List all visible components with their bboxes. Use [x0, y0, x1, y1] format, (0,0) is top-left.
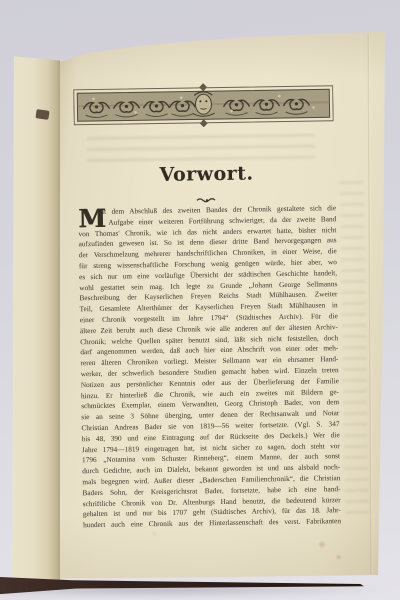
foxing-spot: [257, 497, 264, 503]
preface-text-block: M it dem Abschluß des zweiten Bandes der…: [78, 203, 341, 531]
page-content: Vorwort. M it dem Abschluß des zweiten B…: [53, 27, 394, 582]
show-through-text-smudge: [340, 178, 369, 518]
foxing-spot: [151, 531, 157, 536]
foxing-spot: [336, 554, 342, 560]
book-cover-corner: [35, 109, 49, 120]
ornamental-header-band-icon: [73, 81, 334, 129]
book-photograph: { "photo": { "backdrop_color": "#d5d4dc"…: [0, 0, 400, 600]
book-page: Vorwort. M it dem Abschluß des zweiten B…: [55, 30, 387, 580]
previous-page-edge: [12, 52, 60, 586]
drop-cap-initial: M: [78, 207, 100, 230]
foxing-spot: [317, 540, 326, 548]
page-title: Vorwort.: [77, 161, 335, 187]
